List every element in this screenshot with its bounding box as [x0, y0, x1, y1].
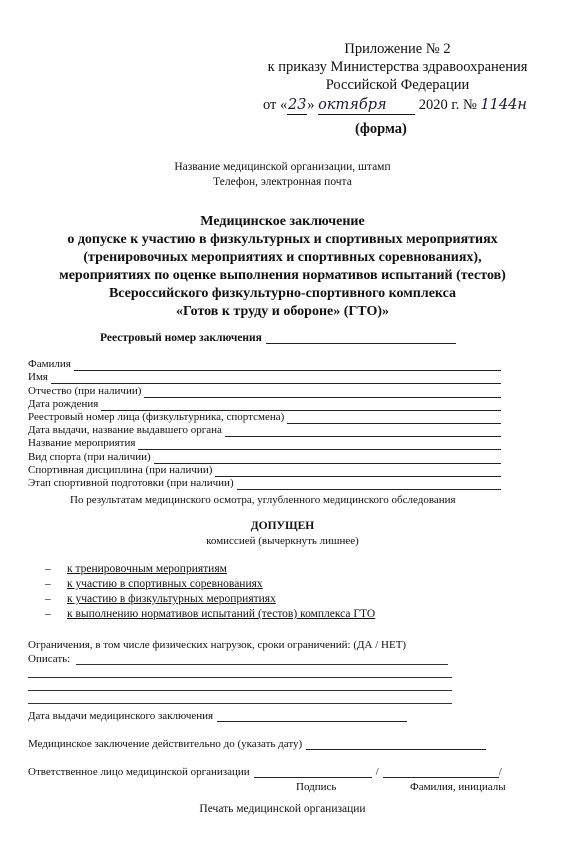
issue-authority-input[interactable]: [225, 426, 501, 437]
admission-note: комиссией (вычеркнуть лишнее): [0, 535, 565, 547]
separator-slash: /: [376, 766, 379, 778]
field-label: Вид спорта (при наличии): [28, 451, 154, 464]
valid-until-input[interactable]: [306, 739, 486, 750]
organization-block: Название медицинской организации, штамп …: [0, 160, 565, 190]
valid-until-label: Медицинское заключение действительно до …: [28, 738, 302, 750]
sport-discipline-input[interactable]: [215, 466, 501, 477]
field-label: Фамилия: [28, 358, 74, 371]
event-name-input[interactable]: [138, 439, 501, 450]
valid-until-row: Медицинское заключение действительно до …: [28, 738, 486, 750]
person-registry-number-input[interactable]: [287, 413, 501, 424]
field-birth-date: Дата рождения: [28, 398, 501, 411]
full-name-input[interactable]: [383, 767, 499, 778]
field-name: Имя: [28, 371, 501, 384]
field-label: Отчество (при наличии): [28, 385, 144, 398]
registry-number-row: Реестровый номер заключения: [100, 332, 456, 344]
field-label: Название мероприятия: [28, 437, 138, 450]
restrictions-line-1[interactable]: [76, 664, 448, 665]
field-person-registry-number: Реестровый номер лица (физкультурника, с…: [28, 411, 501, 424]
field-surname: Фамилия: [28, 358, 501, 371]
title-line-5: Всероссийского физкультурно-спортивного …: [0, 285, 565, 303]
field-sport-type: Вид спорта (при наличии): [28, 450, 501, 463]
option-gto-standards[interactable]: –к выполнению нормативов испытаний (тест…: [45, 607, 375, 622]
appendix-line-1: Приложение № 2: [255, 40, 540, 58]
title-line-4: мероприятиях по оценке выполнения нормат…: [0, 267, 565, 285]
birth-date-input[interactable]: [101, 400, 501, 411]
restrictions-line-2[interactable]: [28, 677, 452, 678]
title-line-1: Медицинское заключение: [0, 213, 565, 231]
option-label: к тренировочным мероприятиям: [67, 562, 227, 577]
date-year: 2020 г. №: [419, 97, 477, 113]
field-label: Спортивная дисциплина (при наличии): [28, 464, 215, 477]
option-training-events[interactable]: –к тренировочным мероприятиям: [45, 562, 375, 577]
signature-caption: Подпись: [296, 781, 336, 793]
field-label: Дата рождения: [28, 398, 101, 411]
responsible-person-row: Ответственное лицо медицинской организац…: [28, 766, 502, 778]
field-label: Дата выдачи, название выдавшего органа: [28, 424, 225, 437]
option-label: к участию в физкультурных мероприятиях: [67, 592, 276, 607]
field-patronymic: Отчество (при наличии): [28, 384, 501, 397]
field-issue-authority: Дата выдачи, название выдавшего органа: [28, 424, 501, 437]
appendix-line-3: Российской Федерации: [255, 76, 540, 94]
restrictions-line-4[interactable]: [28, 703, 452, 704]
describe-label: Описать:: [28, 653, 70, 666]
field-label: Этап спортивной подготовки (при наличии): [28, 477, 237, 490]
responsible-person-label: Ответственное лицо медицинской организац…: [28, 766, 250, 778]
field-sport-discipline: Спортивная дисциплина (при наличии): [28, 464, 501, 477]
issue-date-row: Дата выдачи медицинского заключения: [28, 710, 407, 722]
form-label: (форма): [355, 121, 407, 138]
dash-bullet: –: [45, 607, 67, 622]
issue-date-label: Дата выдачи медицинского заключения: [28, 710, 213, 722]
option-label: к выполнению нормативов испытаний (тесто…: [67, 607, 375, 622]
order-date-line: от «23» октября 2020 г. № 1144н: [263, 96, 527, 115]
sport-type-input[interactable]: [154, 453, 501, 464]
issue-date-input[interactable]: [217, 711, 407, 722]
field-label: Реестровый номер лица (физкультурника, с…: [28, 411, 287, 424]
option-physical-culture-events[interactable]: –к участию в физкультурных мероприятиях: [45, 592, 375, 607]
order-number: 1144н: [480, 97, 526, 113]
date-day: 23: [287, 96, 307, 115]
title-line-3: (тренировочных мероприятиях и спортивных…: [0, 249, 565, 267]
field-event-name: Название мероприятия: [28, 437, 501, 450]
personal-fields: Фамилия Имя Отчество (при наличии) Дата …: [28, 358, 501, 490]
patronymic-input[interactable]: [144, 387, 501, 398]
document-title: Медицинское заключение о допуске к участ…: [0, 213, 565, 321]
option-sport-competitions[interactable]: –к участию в спортивных соревнованиях: [45, 577, 375, 592]
signature-input[interactable]: [254, 767, 372, 778]
dash-bullet: –: [45, 577, 67, 592]
date-mid: »: [307, 97, 314, 113]
surname-input[interactable]: [74, 360, 501, 371]
separator-slash-end: /: [499, 766, 502, 778]
admission-options: –к тренировочным мероприятиям –к участию…: [45, 562, 375, 622]
admission-status: ДОПУЩЕН: [0, 520, 565, 532]
appendix-line-2: к приказу Министерства здравоохранения: [255, 58, 540, 76]
appendix-header: Приложение № 2 к приказу Министерства зд…: [255, 40, 540, 94]
name-input[interactable]: [51, 373, 501, 384]
organization-name-stamp: Название медицинской организации, штамп: [0, 160, 565, 175]
dash-bullet: –: [45, 592, 67, 607]
restrictions-label: Ограничения, в том числе физических нагр…: [28, 639, 406, 652]
exam-results-text: По результатам медицинского осмотра, угл…: [70, 494, 456, 506]
option-label: к участию в спортивных соревнованиях: [67, 577, 263, 592]
stamp-label: Печать медицинской организации: [0, 803, 565, 815]
date-month: октября: [318, 96, 415, 115]
title-line-6: «Готов к труду и обороне» (ГТО)»: [0, 303, 565, 321]
organization-contacts: Телефон, электронная почта: [0, 175, 565, 190]
field-training-stage: Этап спортивной подготовки (при наличии): [28, 477, 501, 490]
title-line-2: о допуске к участию в физкультурных и сп…: [0, 231, 565, 249]
registry-number-field[interactable]: [266, 332, 456, 344]
field-label: Имя: [28, 371, 51, 384]
date-prefix: от «: [263, 97, 287, 113]
registry-number-label: Реестровый номер заключения: [100, 332, 262, 344]
name-caption: Фамилия, инициалы: [410, 781, 506, 793]
dash-bullet: –: [45, 562, 67, 577]
training-stage-input[interactable]: [237, 479, 501, 490]
restrictions-line-3[interactable]: [28, 690, 452, 691]
